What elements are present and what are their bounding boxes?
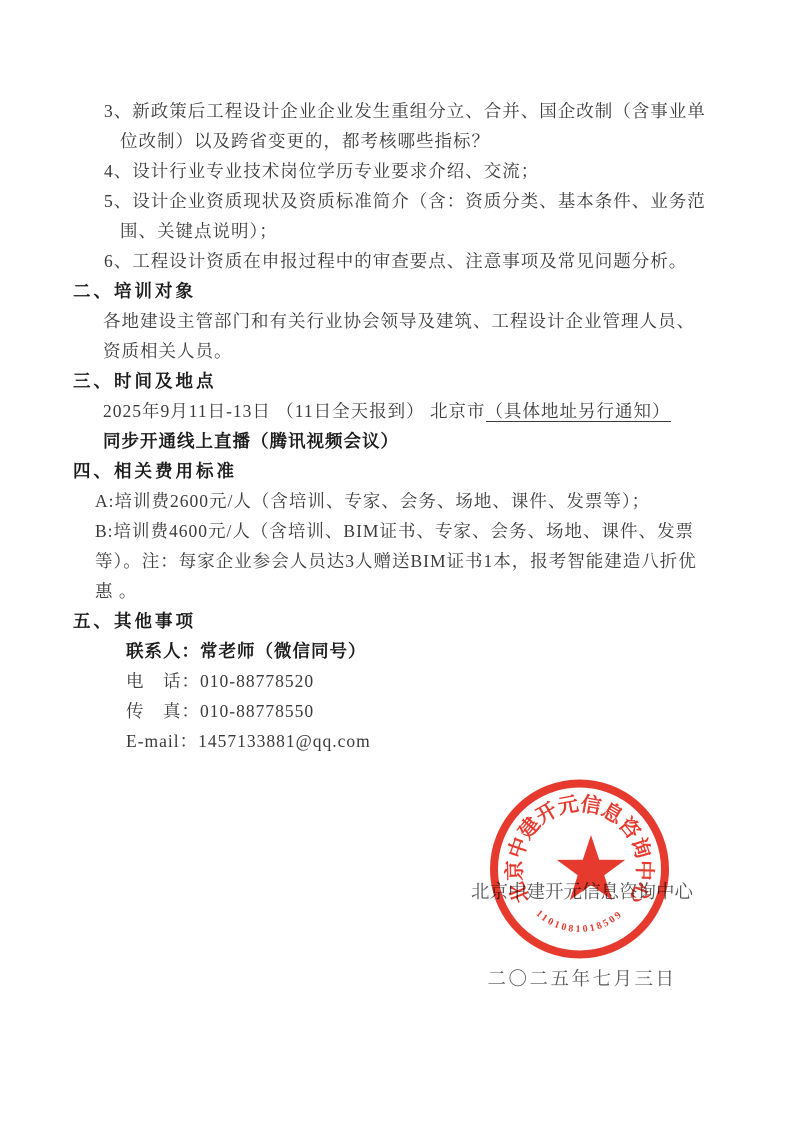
- underlined-venue-note: （具体地址另行通知）: [486, 401, 671, 422]
- svg-text:1101081018509: 1101081018509: [534, 908, 626, 935]
- fee-a-line: A:培训费2600元/人（含培训、专家、会务、场地、课件、发票等）；: [95, 486, 793, 516]
- document-lines: 3、新政策后工程设计企业企业发生重组分立、合并、国企改制（含事业单位改制）以及跨…: [0, 0, 793, 756]
- fee-b-line-2: 等）。注：每家企业参会人员达3人赠送BIM证书1本，报考智能建造八折优: [95, 546, 793, 576]
- seal-serial-number: 1101081018509: [534, 908, 626, 935]
- fee-b-line-1: B:培训费4600元/人（含培训、BIM证书、专家、会务、场地、课件、发票: [95, 516, 793, 546]
- schedule-text: 2025年9月11日-13日 （11日全天报到） 北京市: [103, 401, 486, 421]
- item-5-line-2: 围、关键点说明）；: [120, 216, 793, 246]
- section-3-heading: 三、时间及地点: [73, 366, 793, 396]
- contact-person-line: 联系人：常老师（微信同号）: [126, 636, 793, 666]
- item-4-line: 4、设计行业专业技术岗位学历专业要求介绍、交流；: [104, 156, 793, 186]
- schedule-line: 2025年9月11日-13日 （11日全天报到） 北京市（具体地址另行通知）: [103, 396, 793, 426]
- fax-line: 传 真：010-88778550: [126, 696, 793, 726]
- item-6-line: 6、工程设计资质在申报过程中的审查要点、注意事项及常见问题分析。: [104, 246, 793, 276]
- section-5-heading: 五、其他事项: [73, 606, 793, 636]
- phone-line: 电 话：010-88778520: [126, 666, 793, 696]
- audience-line-2: 资质相关人员。: [103, 336, 793, 366]
- item-3-line-1: 3、新政策后工程设计企业企业发生重组分立、合并、国企改制（含事业单: [104, 96, 793, 126]
- document-page: 3、新政策后工程设计企业企业发生重组分立、合并、国企改制（含事业单位改制）以及跨…: [0, 0, 793, 1122]
- audience-line-1: 各地建设主管部门和有关行业协会领导及建筑、工程设计企业管理人员、: [103, 306, 793, 336]
- item-5-line-1: 5、设计企业资质现状及资质标准简介（含：资质分类、基本条件、业务范: [104, 186, 793, 216]
- live-stream-line: 同步开通线上直播（腾讯视频会议）: [103, 426, 793, 456]
- star-icon: [557, 835, 625, 900]
- item-3-line-2: 位改制）以及跨省变更的，都考核哪些指标？: [120, 126, 793, 156]
- fee-b-line-3: 惠 。: [95, 576, 793, 606]
- email-line: E-mail：1457133881@qq.com: [126, 726, 793, 756]
- section-2-heading: 二、培训对象: [73, 276, 793, 306]
- official-seal-stamp: 北京中建开元信息咨询中心 1101081018509: [468, 757, 692, 981]
- section-4-heading: 四、相关费用标准: [73, 456, 793, 486]
